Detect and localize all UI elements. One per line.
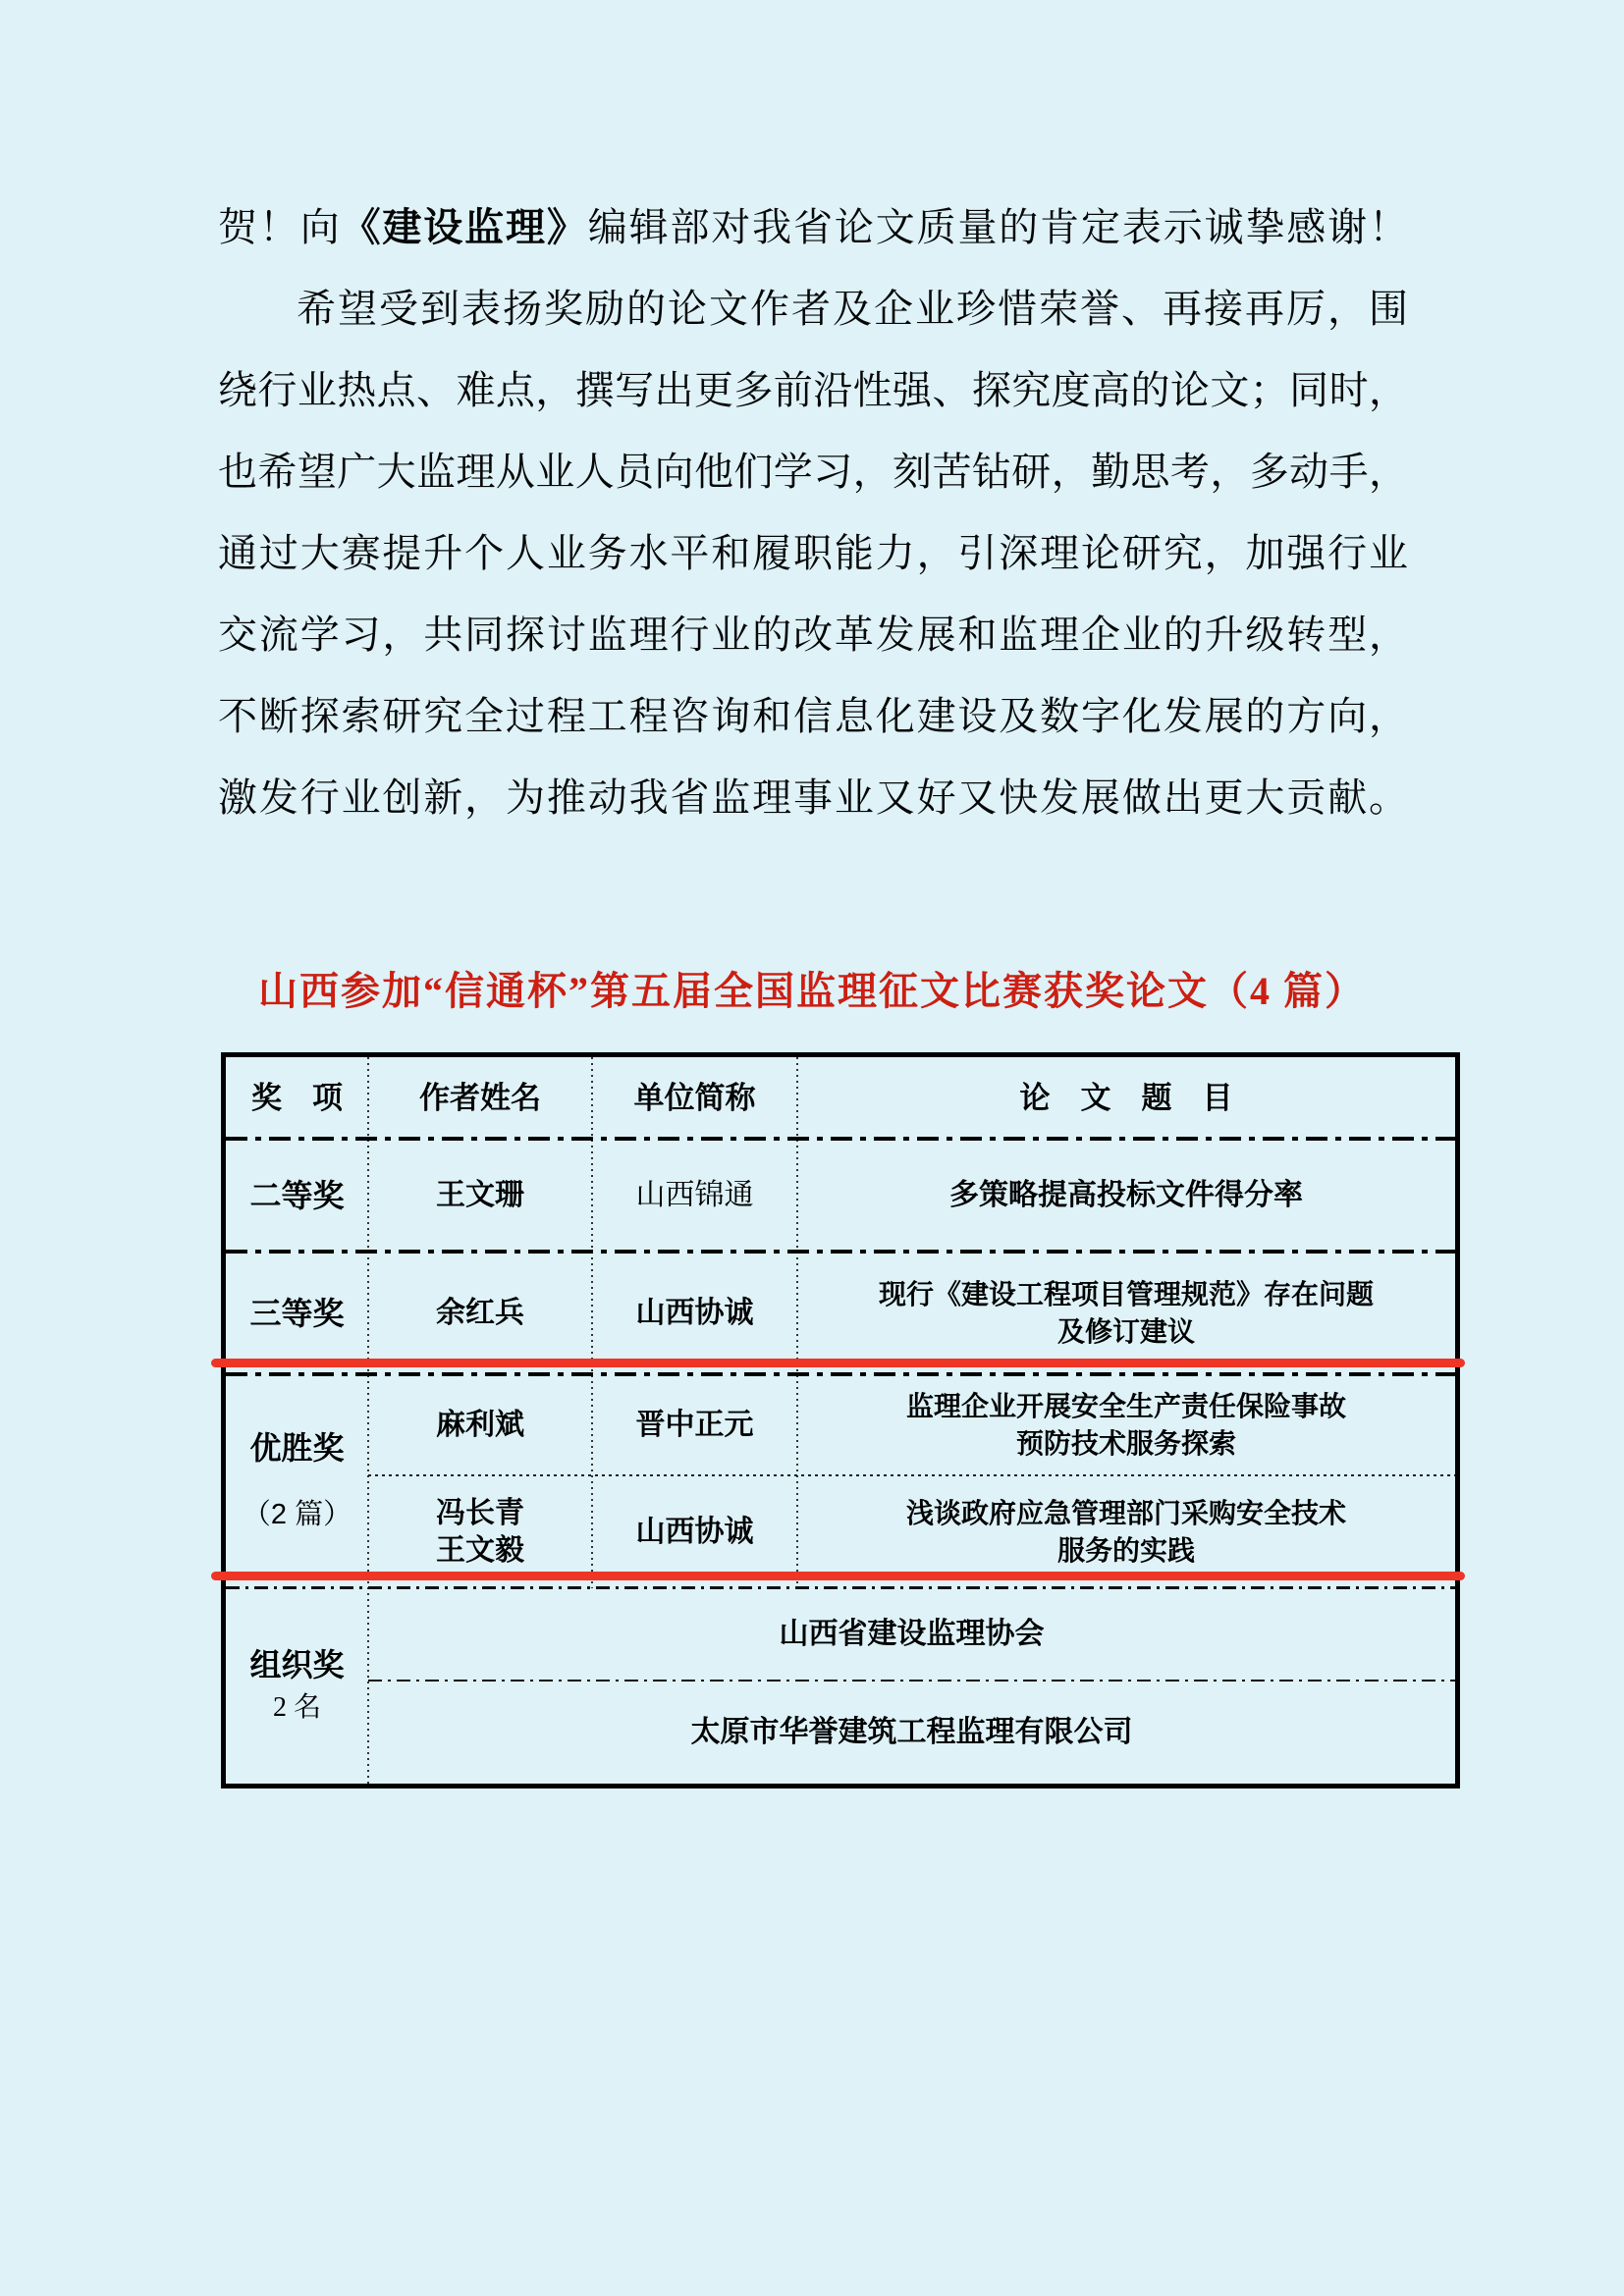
para1-pre: 贺！向 [218,205,342,249]
cell-second-prize-award: 二等奖 [226,1139,368,1252]
header-author: 作者姓名 [368,1057,592,1139]
organization-prize-award-label: 组织奖 [249,1646,344,1683]
award-table-grid: 奖 项 作者姓名 单位简称 论 文 题 目 二等奖 王文珊 山西锦通 多策略提高… [226,1057,1455,1784]
cell-organization-prize-award: 组织奖 2 名 [226,1588,368,1784]
winner-entry2-author-line1: 冯长青 [436,1495,524,1532]
cell-winner-entry1-title: 监理企业开展安全生产责任保险事故 预防技术服务探索 [797,1374,1455,1475]
cell-third-prize-award: 三等奖 [226,1252,368,1374]
cell-winner-entry1-author: 麻利斌 [368,1374,592,1475]
cell-second-prize-org: 山西锦通 [592,1139,797,1252]
third-prize-title-line1: 现行《建设工程项目管理规范》存在问题 [879,1276,1374,1313]
para1-journal-name: 《建设监理》 [342,205,588,249]
winner-entry2-author-line2: 王文毅 [436,1532,524,1570]
winner-entry2-title-line1: 浅谈政府应急管理部门采购安全技术 [906,1495,1346,1532]
third-prize-title-line2: 及修订建议 [1057,1313,1195,1351]
paragraph-line-8: 激发行业创新，为推动我省监理事业又好又快发展做出更大贡献。 [218,757,1408,838]
winner-prize-award-label: 优胜奖 [249,1429,344,1467]
cell-winner-entry1-org: 晋中正元 [592,1374,797,1475]
body-paragraphs: 贺！向《建设监理》编辑部对我省论文质量的肯定表示诚挚感谢！ 希望受到表扬奖励的论… [218,187,1408,838]
winner-prize-award-note: （2 篇） [243,1496,352,1533]
cell-third-prize-title: 现行《建设工程项目管理规范》存在问题 及修订建议 [797,1252,1455,1374]
paragraph-line-6: 交流学习，共同探讨监理行业的改革发展和监理企业的升级转型， [218,594,1408,675]
award-table: 奖 项 作者姓名 单位简称 论 文 题 目 二等奖 王文珊 山西锦通 多策略提高… [221,1052,1460,1789]
section-title: 山西参加“信通杯”第五届全国监理征文比赛获奖论文（4 篇） [0,960,1624,1016]
row-divider-winner-entries [368,1474,1455,1476]
winner-entry2-title-line2: 服务的实践 [1057,1532,1195,1570]
paragraph-line-3: 绕行业热点、难点，撰写出更多前沿性强、探究度高的论文；同时， [218,349,1408,431]
paragraph-line-4: 也希望广大监理从业人员向他们学习，刻苦钻研，勤思考，多动手， [218,431,1408,512]
column-separator-1 [367,1057,369,1784]
row-divider-third-prize [226,1372,1455,1376]
header-title: 论 文 题 目 [797,1057,1455,1139]
row-divider-header [226,1137,1455,1141]
winner-entry1-title-line2: 预防技术服务探索 [1016,1425,1236,1463]
winner-entry1-title-line1: 监理企业开展安全生产责任保险事故 [906,1388,1346,1425]
paragraph-line-1: 贺！向《建设监理》编辑部对我省论文质量的肯定表示诚挚感谢！ [218,187,1408,268]
paragraph-line-2: 希望受到表扬奖励的论文作者及企业珍惜荣誉、再接再厉，围 [218,268,1408,349]
document-page: 贺！向《建设监理》编辑部对我省论文质量的肯定表示诚挚感谢！ 希望受到表扬奖励的论… [0,0,1624,2296]
header-org: 单位简称 [592,1057,797,1139]
header-award: 奖 项 [226,1057,368,1139]
cell-third-prize-org: 山西协诚 [592,1252,797,1374]
cell-second-prize-title: 多策略提高投标文件得分率 [797,1139,1455,1252]
paragraph-line-7: 不断探索研究全过程工程咨询和信息化建设及数字化发展的方向， [218,675,1408,757]
cell-organization-winner2: 太原市华誉建筑工程监理有限公司 [368,1681,1455,1784]
cell-winner-prize-award: 优胜奖 （2 篇） [226,1374,368,1588]
cell-organization-winner1: 山西省建设监理协会 [368,1588,1455,1681]
cell-second-prize-author: 王文珊 [368,1139,592,1252]
para1-post: 编辑部对我省论文质量的肯定表示诚挚感谢！ [588,205,1408,249]
red-annotation-line-1 [211,1359,1465,1367]
row-divider-second-prize [226,1250,1455,1254]
red-annotation-line-2 [211,1572,1465,1580]
paragraph-line-5: 通过大赛提升个人业务水平和履职能力，引深理论研究，加强行业 [218,512,1408,594]
organization-prize-award-note: 2 名 [273,1689,321,1727]
row-divider-winner-section [226,1586,1455,1589]
cell-third-prize-author: 余红兵 [368,1252,592,1374]
row-divider-organization-winners [368,1680,1455,1682]
